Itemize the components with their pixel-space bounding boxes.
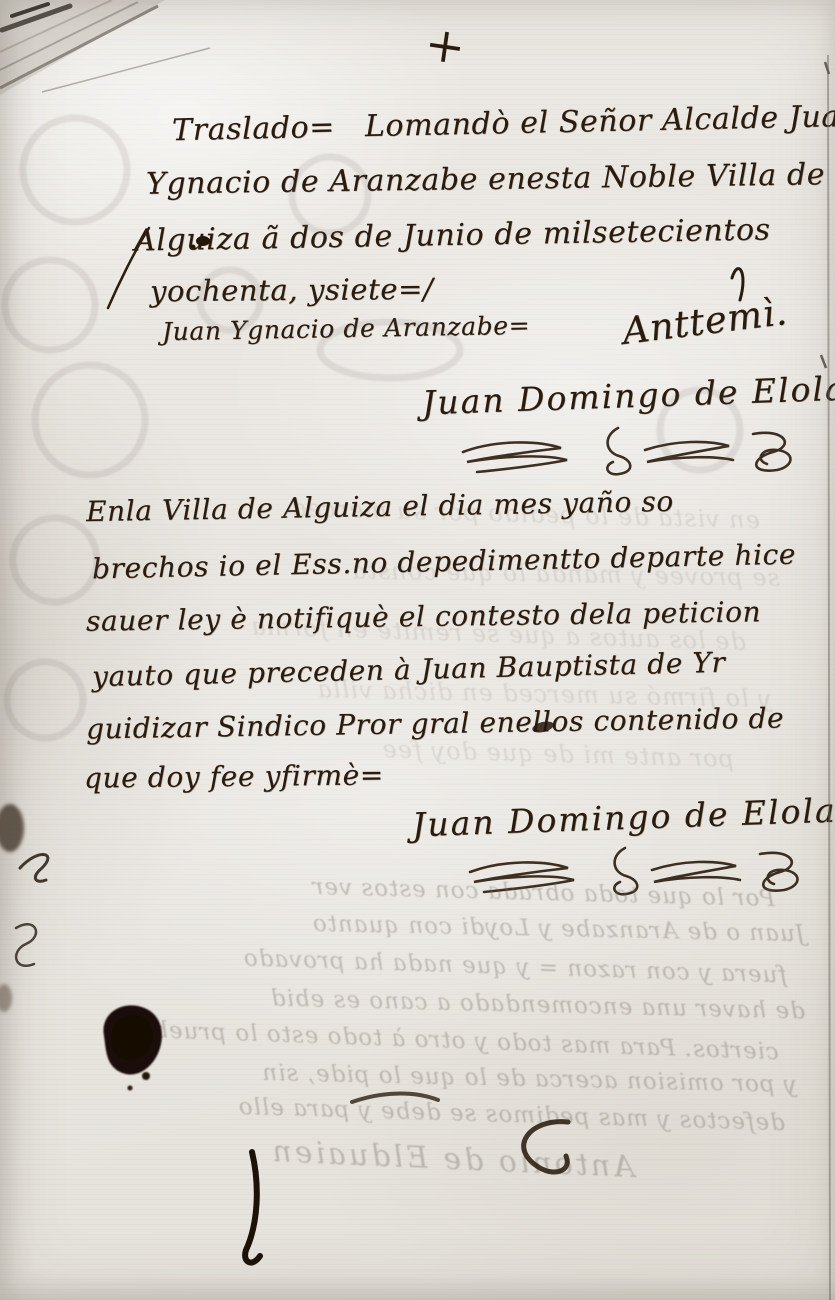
edge-ink-curl [20, 854, 48, 881]
manuscript-line: Alguiza ã dos de Junio de milsetecientos [134, 212, 771, 258]
bleedthrough-block: Por lo que toda obrada con estos ver Jua… [30, 880, 805, 1210]
ante-mi: Anttemì. [620, 290, 790, 353]
bleedthrough-signature: Antonio de Elduaien [269, 1134, 636, 1185]
manuscript-line: que doy fee yfirmè= [84, 758, 384, 794]
manuscript-line: Ygnacio de Aranzabe enesta Noble Villa d… [146, 157, 826, 201]
line-text: Lomandò el Señor Alcalde Juan [365, 99, 835, 144]
page-right-edge [821, 55, 830, 1300]
edge-smudges [0, 804, 24, 1012]
bleedthrough-line: por ante mi de que doy fee [381, 735, 734, 773]
bleedthrough-line: defectos y mas pedimos se debe y para el… [237, 1094, 785, 1136]
bleedthrough-line: Juan o de Aranzabe y Loydi con quanto [312, 911, 806, 947]
page-stack-edges [0, 0, 210, 95]
invocation-cross: + [421, 15, 469, 76]
alcalde-name: Juan Ygnacio de Aranzabe= [162, 311, 531, 346]
bleedthrough-line: ciertos. Para mas todo y otro à todo est… [137, 1017, 779, 1065]
notary-signature: Juan Domingo de Elola [421, 369, 835, 423]
manuscript-line: yochenta, ysiete=/ [150, 272, 434, 308]
bleedthrough-line: y por omision acerca de lo que lo pide, … [261, 1060, 797, 1098]
manuscript-line: Traslado=Lomandò el Señor Alcalde Juan [172, 99, 835, 148]
bleedthrough-line: fuera y con razon = y que nada ha provad… [243, 945, 788, 988]
bleedthrough-line: de haver una encomendado a cano es ebid [270, 985, 806, 1024]
opening-word: Traslado= [172, 110, 336, 148]
signature-rubric [455, 426, 805, 476]
bleedthrough-line: Por lo que toda obrada con estos ver [311, 874, 775, 912]
manuscript-page: en vista de lo pedido por su merced se p… [0, 0, 835, 1300]
